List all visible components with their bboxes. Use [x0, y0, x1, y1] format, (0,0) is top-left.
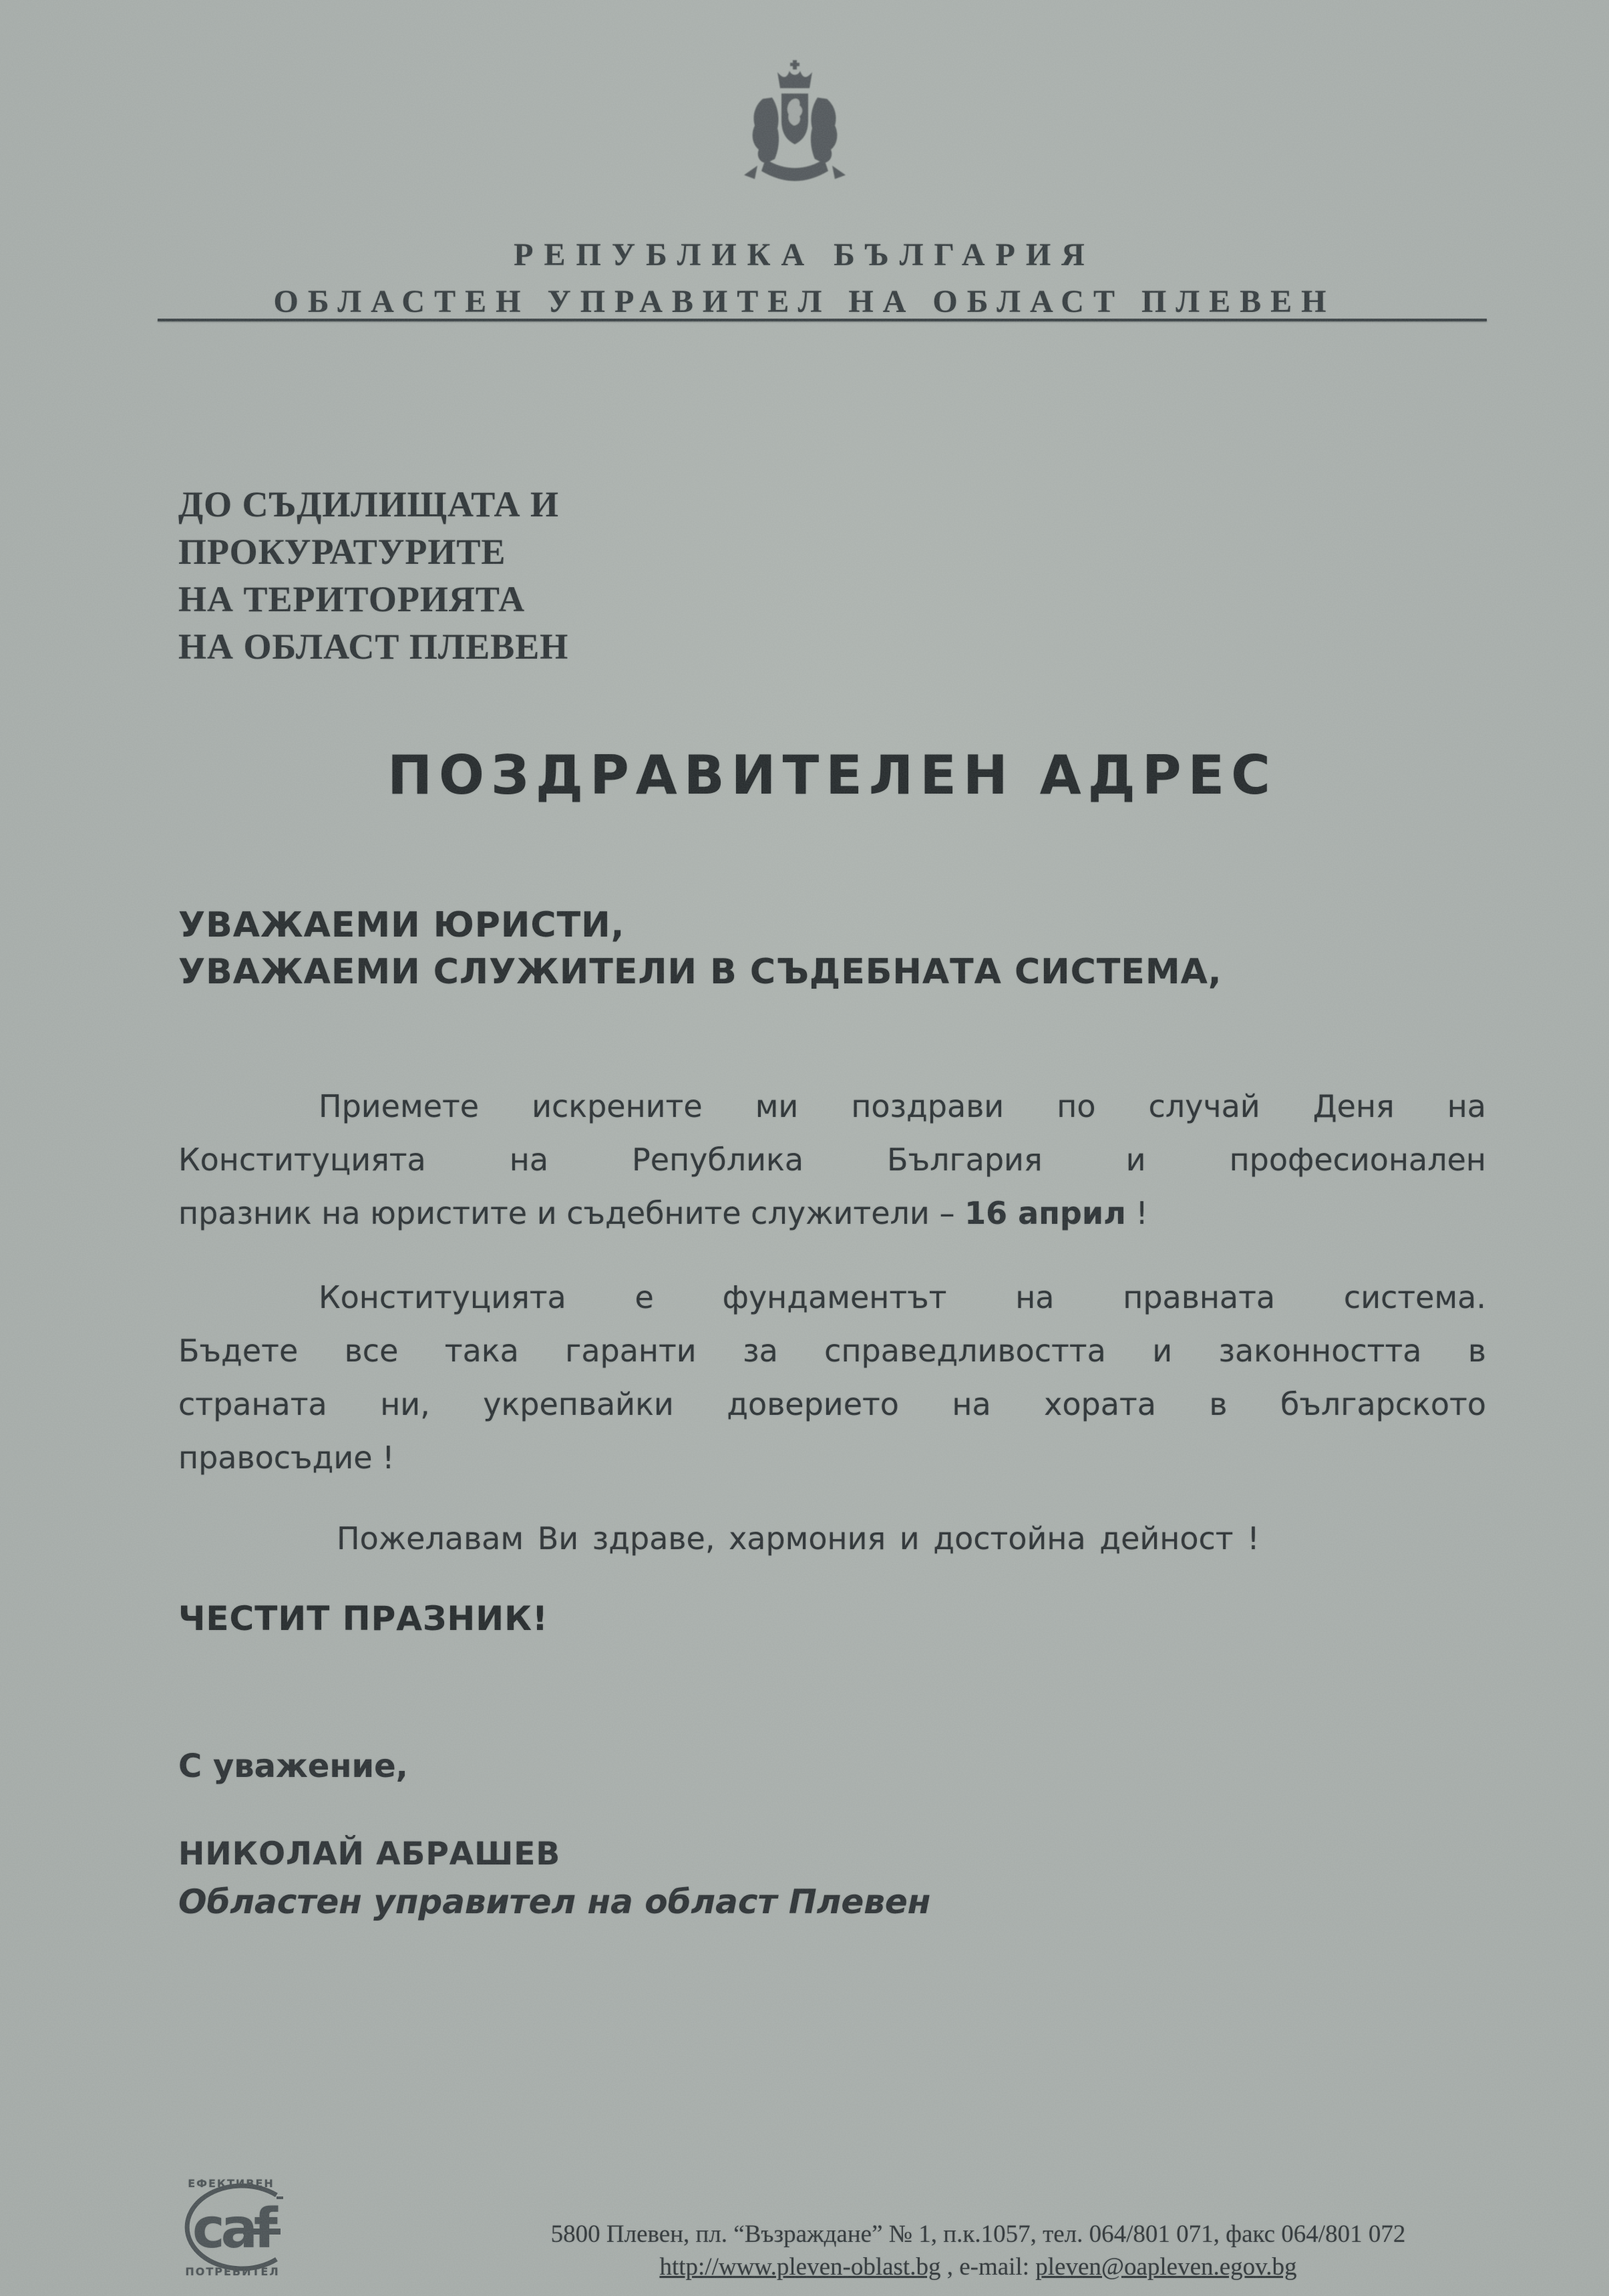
paragraph-text: празник на юристите и съдебните служител…	[178, 1195, 964, 1231]
signatory-name: НИКОЛАЙ АБРАШЕВ	[178, 1836, 560, 1872]
header-office-line: ОБЛАСТЕН УПРАВИТЕЛ НА ОБЛАСТ ПЛЕВЕН	[0, 283, 1609, 320]
body-paragraph-1: Приемете искрените ми поздрави по случай…	[178, 1080, 1486, 1240]
paragraph-line: Конституцията на Република България и пр…	[178, 1133, 1486, 1186]
paragraph-text: !	[1126, 1195, 1148, 1231]
paragraph-line: Конституцията е фундаментът на правната …	[178, 1271, 1486, 1324]
recipient-line: ПРОКУРАТУРИТЕ	[178, 528, 568, 576]
caf-effective-consumer-logo-icon: ЕФЕКТИВЕН caf ПОТРЕБИТЕЛ	[164, 2171, 301, 2283]
holiday-wish-line: Пожелавам Ви здраве, хармония и достойна…	[178, 1511, 1486, 1566]
holiday-greeting: ЧЕСТИТ ПРАЗНИК!	[178, 1599, 548, 1638]
date-highlight: 16 април	[964, 1195, 1126, 1231]
paragraph-line: правосъдие !	[178, 1431, 1486, 1484]
salutation-block: УВАЖАЕМИ ЮРИСТИ, УВАЖАЕМИ СЛУЖИТЕЛИ В СЪ…	[178, 902, 1222, 995]
footer-address-line: 5800 Плевен, пл. “Възраждане” № 1, п.к.1…	[347, 2218, 1609, 2251]
document-title: ПОЗДРАВИТЕЛЕН АДРЕС	[178, 744, 1486, 806]
recipient-line: ДО СЪДИЛИЩАТА И	[178, 481, 568, 528]
bulgarian-coat-of-arms-icon	[728, 59, 862, 218]
logo-text-bottom: ПОТРЕБИТЕЛ	[185, 2265, 279, 2278]
footer-links-line: http://www.pleven-oblast.bg , e-mail: pl…	[347, 2251, 1609, 2283]
salutation-line: УВАЖАЕМИ ЮРИСТИ,	[178, 902, 1222, 949]
salutation-line: УВАЖАЕМИ СЛУЖИТЕЛИ В СЪДЕБНАТА СИСТЕМА,	[178, 949, 1222, 995]
closing-line: С уважение,	[178, 1748, 408, 1785]
paragraph-line: страната ни, укрепвайки доверието на хор…	[178, 1377, 1486, 1431]
recipient-block: ДО СЪДИЛИЩАТА И ПРОКУРАТУРИТЕ НА ТЕРИТОР…	[178, 481, 568, 671]
recipient-line: НА ТЕРИТОРИЯТА	[178, 576, 568, 623]
email-label: , e-mail:	[940, 2253, 1035, 2281]
website-link[interactable]: http://www.pleven-oblast.bg	[659, 2253, 940, 2281]
recipient-line: НА ОБЛАСТ ПЛЕВЕН	[178, 623, 568, 671]
body-paragraph-2: Конституцията е фундаментът на правната …	[178, 1271, 1486, 1484]
signatory-title: Областен управител на област Плевен	[178, 1882, 930, 1921]
footer-contact-block: 5800 Плевен, пл. “Възраждане” № 1, п.к.1…	[347, 2218, 1609, 2283]
header-divider	[158, 319, 1487, 321]
paragraph-line: Бъдете все така гаранти за справедливост…	[178, 1324, 1486, 1377]
logo-text-top: ЕФЕКТИВЕН	[188, 2177, 275, 2190]
paragraph-line: Приемете искрените ми поздрави по случай…	[178, 1080, 1486, 1133]
header-country-line: РЕПУБЛИКА БЪЛГАРИЯ	[0, 236, 1609, 273]
email-link[interactable]: pleven@oapleven.egov.bg	[1035, 2253, 1296, 2281]
paragraph-line: празник на юристите и съдебните служител…	[178, 1186, 1486, 1240]
scanned-letter-page: РЕПУБЛИКА БЪЛГАРИЯ ОБЛАСТЕН УПРАВИТЕЛ НА…	[0, 0, 1609, 2296]
